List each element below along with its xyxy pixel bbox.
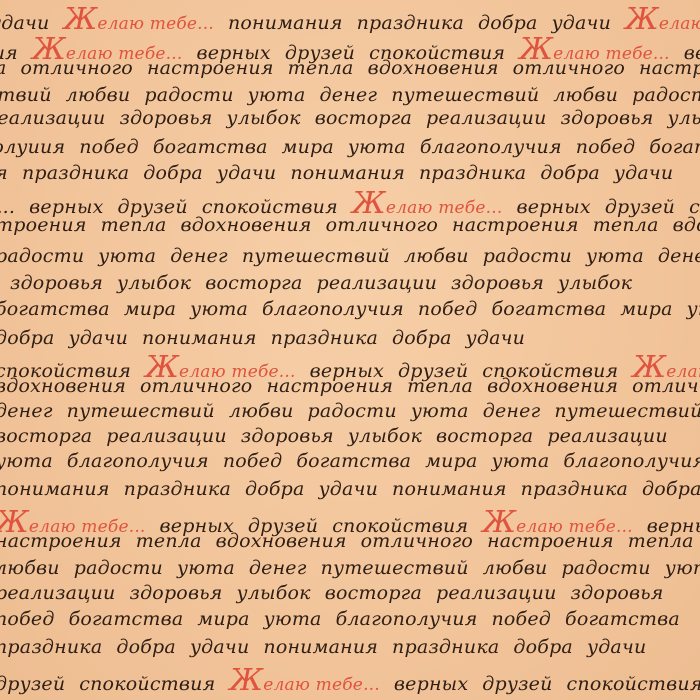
wish-word: понимания (290, 162, 405, 184)
wish-word: уюта (264, 608, 322, 630)
wish-word: улыбок (348, 425, 422, 447)
wish-word: отличного (140, 375, 252, 397)
text-row: ествийлюбвирадостиуютаденегпутешествийлю… (0, 84, 700, 106)
text-row: победбогатствамирауютаблагополучияпобедб… (0, 608, 694, 630)
wish-word: отличного (326, 214, 438, 236)
wish-word: праздника (124, 478, 231, 500)
wish-word: уюта (411, 400, 469, 422)
wish-word: настроения (147, 57, 274, 79)
wish-word: мира (425, 450, 477, 472)
wish-word: благополучия (563, 450, 700, 472)
wish-word: денег (170, 245, 228, 267)
wish-word: отличного (513, 57, 625, 79)
wish-word: мира (282, 136, 334, 158)
wish-word: реализации (0, 107, 106, 129)
wish-word: благополучия (420, 136, 562, 158)
wish-word: ествий (0, 84, 52, 106)
greeting-phrase: Желаю тебе... (625, 14, 700, 34)
wish-word: добра (0, 327, 55, 349)
wish-word: удачи (217, 162, 276, 184)
wish-word: побед (418, 298, 478, 320)
wish-word: мира (620, 298, 672, 320)
wish-word: отличного (632, 375, 700, 397)
wish-word: денег (658, 245, 700, 267)
wish-word: денег (249, 557, 307, 579)
wish-word: тепла (628, 530, 694, 552)
wish-word: радости (0, 245, 84, 267)
text-row: богатствамирауютаблагополучияпобедбогатс… (0, 298, 700, 320)
wish-word: здоровья (130, 582, 223, 604)
wish-word: мира (124, 298, 176, 320)
text-row: аотличногонастроениятеплавдохновенияотли… (0, 57, 700, 79)
wish-word: здоровья (571, 582, 664, 604)
wish-word: тепла (593, 214, 659, 236)
wish-word: вдохновения (673, 214, 700, 236)
wish-word: богатства (296, 450, 411, 472)
wish-word: троения (0, 214, 87, 236)
text-row: здоровьяулыбоквосторгареализацииздоровья… (10, 272, 646, 294)
wish-word: удачи (319, 478, 378, 500)
wish-word: денег (0, 400, 53, 422)
wish-word: радости (144, 84, 233, 106)
wish-word: тепла (136, 530, 202, 552)
wish-word: здоровья (561, 107, 654, 129)
wish-word: добра (540, 162, 600, 184)
text-row: пониманияпраздникадобраудачипониманияпра… (0, 478, 700, 500)
wish-word: понимания (263, 636, 378, 658)
wish-word: улыбок (117, 272, 191, 294)
text-row: денегпутешествийлюбвирадостиуютаденегпут… (0, 400, 700, 422)
wish-word: праздника (22, 162, 129, 184)
wish-word: добра (116, 636, 176, 658)
text-row: вдохновенияотличногонастроениятеплавдохн… (0, 375, 700, 397)
text-row: добраудачипониманияпраздникадобраудачи (0, 327, 539, 349)
text-row: полуиияпобедбогатствамирауютаблагополучи… (0, 136, 700, 158)
wish-word: денег (483, 400, 541, 422)
text-row: друзейспокойствияЖелаю тебе...верныхдруз… (0, 663, 700, 698)
wish-word: друзей (482, 673, 552, 695)
text-row: восторгареализацииздоровьяулыбоквосторга… (0, 425, 682, 447)
wish-word: тепла (407, 375, 473, 397)
text-row: уютаблагополучияпобедбогатствамирауютабл… (0, 450, 700, 472)
text-row: реализацииздоровьяулыбоквосторгареализац… (0, 582, 678, 604)
text-row: троениятеплавдохновенияотличногонастроен… (0, 214, 700, 236)
wish-word: уюта (586, 245, 644, 267)
wish-word: тепла (288, 57, 354, 79)
wish-word: настроения (639, 57, 700, 79)
wish-word: настроения (0, 530, 122, 552)
wish-word: тепла (101, 214, 167, 236)
wish-word: путешествий (67, 400, 215, 422)
wish-word: улыбок (237, 582, 311, 604)
greeting-phrase: Желаю тебе... (63, 14, 214, 34)
wish-word: восторга (205, 272, 302, 294)
wish-word: понимания (0, 478, 110, 500)
wish-word: отличного (361, 530, 473, 552)
wish-word: удачи (587, 636, 646, 658)
wish-word: вдохновения (487, 375, 618, 397)
wish-word: праздника (0, 636, 102, 658)
wish-word: любви (404, 245, 469, 267)
wish-word: добра (392, 327, 452, 349)
wish-word: благополучия (336, 608, 478, 630)
wish-word: добра (143, 162, 203, 184)
wish-word: уюта (687, 298, 700, 320)
wish-word: удачи (552, 12, 611, 34)
wish-word: удачи (69, 327, 128, 349)
wish-word: побед (223, 450, 283, 472)
wish-word: богатства (565, 608, 680, 630)
wish-word: реализации (317, 272, 438, 294)
wish-word: здоровья (10, 272, 103, 294)
wish-word: уюта (190, 298, 248, 320)
wish-word: любви (553, 84, 618, 106)
wish-word: уюта (348, 136, 406, 158)
wish-word: уюта (491, 450, 549, 472)
wish-word: праздника (271, 327, 378, 349)
wish-word: вдохновения (368, 57, 499, 79)
wish-word: а (0, 57, 7, 79)
wish-word: восторга (315, 107, 412, 129)
wish-word: уюта (177, 557, 235, 579)
wish-word: мира (197, 608, 249, 630)
wish-word: путешествий (391, 84, 539, 106)
wish-word: праздника (357, 12, 464, 34)
wish-word: радости (632, 84, 700, 106)
wish-word: денег (320, 84, 378, 106)
wish-word: спокойствия (79, 673, 215, 695)
wish-word: путешествий (242, 245, 390, 267)
wish-word: улыбок (558, 272, 632, 294)
text-row: любвирадостиуютаденегпутешествийлюбвирад… (0, 557, 700, 579)
wish-word: побед (79, 136, 139, 158)
wish-word: богатства (69, 608, 184, 630)
wish-word: восторга (325, 582, 422, 604)
wish-word: побед (491, 608, 551, 630)
wish-word: побед (0, 608, 55, 630)
text-row: радостиуютаденегпутешествийлюбвирадостиу… (0, 245, 700, 267)
wish-word: уюта (248, 84, 306, 106)
wish-word: восторга (0, 425, 92, 447)
wish-word: реализации (106, 425, 227, 447)
wish-word: радости (308, 400, 397, 422)
wish-word: улыбок (668, 107, 700, 129)
wish-word: отличного (21, 57, 133, 79)
greeting-phrase: Желаю тебе... (229, 675, 380, 695)
text-row: нияпраздникадобраудачипониманияпраздника… (0, 162, 687, 184)
wish-word: праздника (392, 636, 499, 658)
wish-word: путешествий (554, 400, 700, 422)
wish-word: любви (229, 400, 294, 422)
wish-word: понимания (142, 327, 257, 349)
text-row: праздникадобраудачипониманияпраздникадоб… (0, 636, 660, 658)
wish-word: реализации (0, 582, 116, 604)
wish-word: радости (74, 557, 163, 579)
wish-word: настроения (452, 214, 579, 236)
wish-word: благополучия (262, 298, 404, 320)
text-row: реализацииздоровьяулыбоквосторгареализац… (0, 107, 700, 129)
wish-word: восторга (436, 425, 533, 447)
wish-word: полуиия (0, 136, 65, 158)
wish-word: вдохновения (216, 530, 347, 552)
wish-word: любви (0, 557, 60, 579)
wish-word: настроения (266, 375, 393, 397)
wish-word: удачи (0, 12, 49, 34)
wish-word: богатства (0, 298, 110, 320)
wish-word: реализации (547, 425, 668, 447)
wish-word: вдохновения (0, 375, 126, 397)
wish-word: ния (0, 162, 8, 184)
wish-word: любви (483, 557, 548, 579)
text-row: настроениятеплавдохновенияотличногонастр… (0, 530, 700, 552)
wish-word: настроения (487, 530, 614, 552)
wish-word: радости (561, 557, 650, 579)
wish-word: уюта (0, 450, 53, 472)
wish-word: удачи (614, 162, 673, 184)
wish-word: любви (66, 84, 131, 106)
wish-word: уюта (665, 557, 700, 579)
wish-word: здоровья (120, 107, 213, 129)
wish-word: реализации (426, 107, 547, 129)
wish-word: путешествий (321, 557, 469, 579)
wish-word: удачи (466, 327, 525, 349)
wish-word: уюта (98, 245, 156, 267)
wish-word: добра (513, 636, 573, 658)
wish-word: богатства (649, 136, 700, 158)
wish-word: спокойствия (567, 673, 700, 695)
wish-word: добра (642, 478, 700, 500)
wish-word: верных (394, 673, 468, 695)
wish-word: праздника (521, 478, 628, 500)
wish-word: здоровья (241, 425, 334, 447)
wish-word: удачи (190, 636, 249, 658)
wish-word: понимания (228, 12, 343, 34)
wish-word: здоровья (451, 272, 544, 294)
wish-word: улыбок (227, 107, 301, 129)
wish-word: друзей (0, 673, 65, 695)
wish-word: богатства (491, 298, 606, 320)
wish-word: радости (483, 245, 572, 267)
wish-word: благополучия (67, 450, 209, 472)
wish-word: богатства (153, 136, 268, 158)
wish-word: добра (245, 478, 305, 500)
wish-word: понимания (392, 478, 507, 500)
wish-word: реализации (436, 582, 557, 604)
wish-word: добра (478, 12, 538, 34)
wish-word: вдохновения (181, 214, 312, 236)
wish-word: побед (576, 136, 636, 158)
wish-word: праздника (419, 162, 526, 184)
